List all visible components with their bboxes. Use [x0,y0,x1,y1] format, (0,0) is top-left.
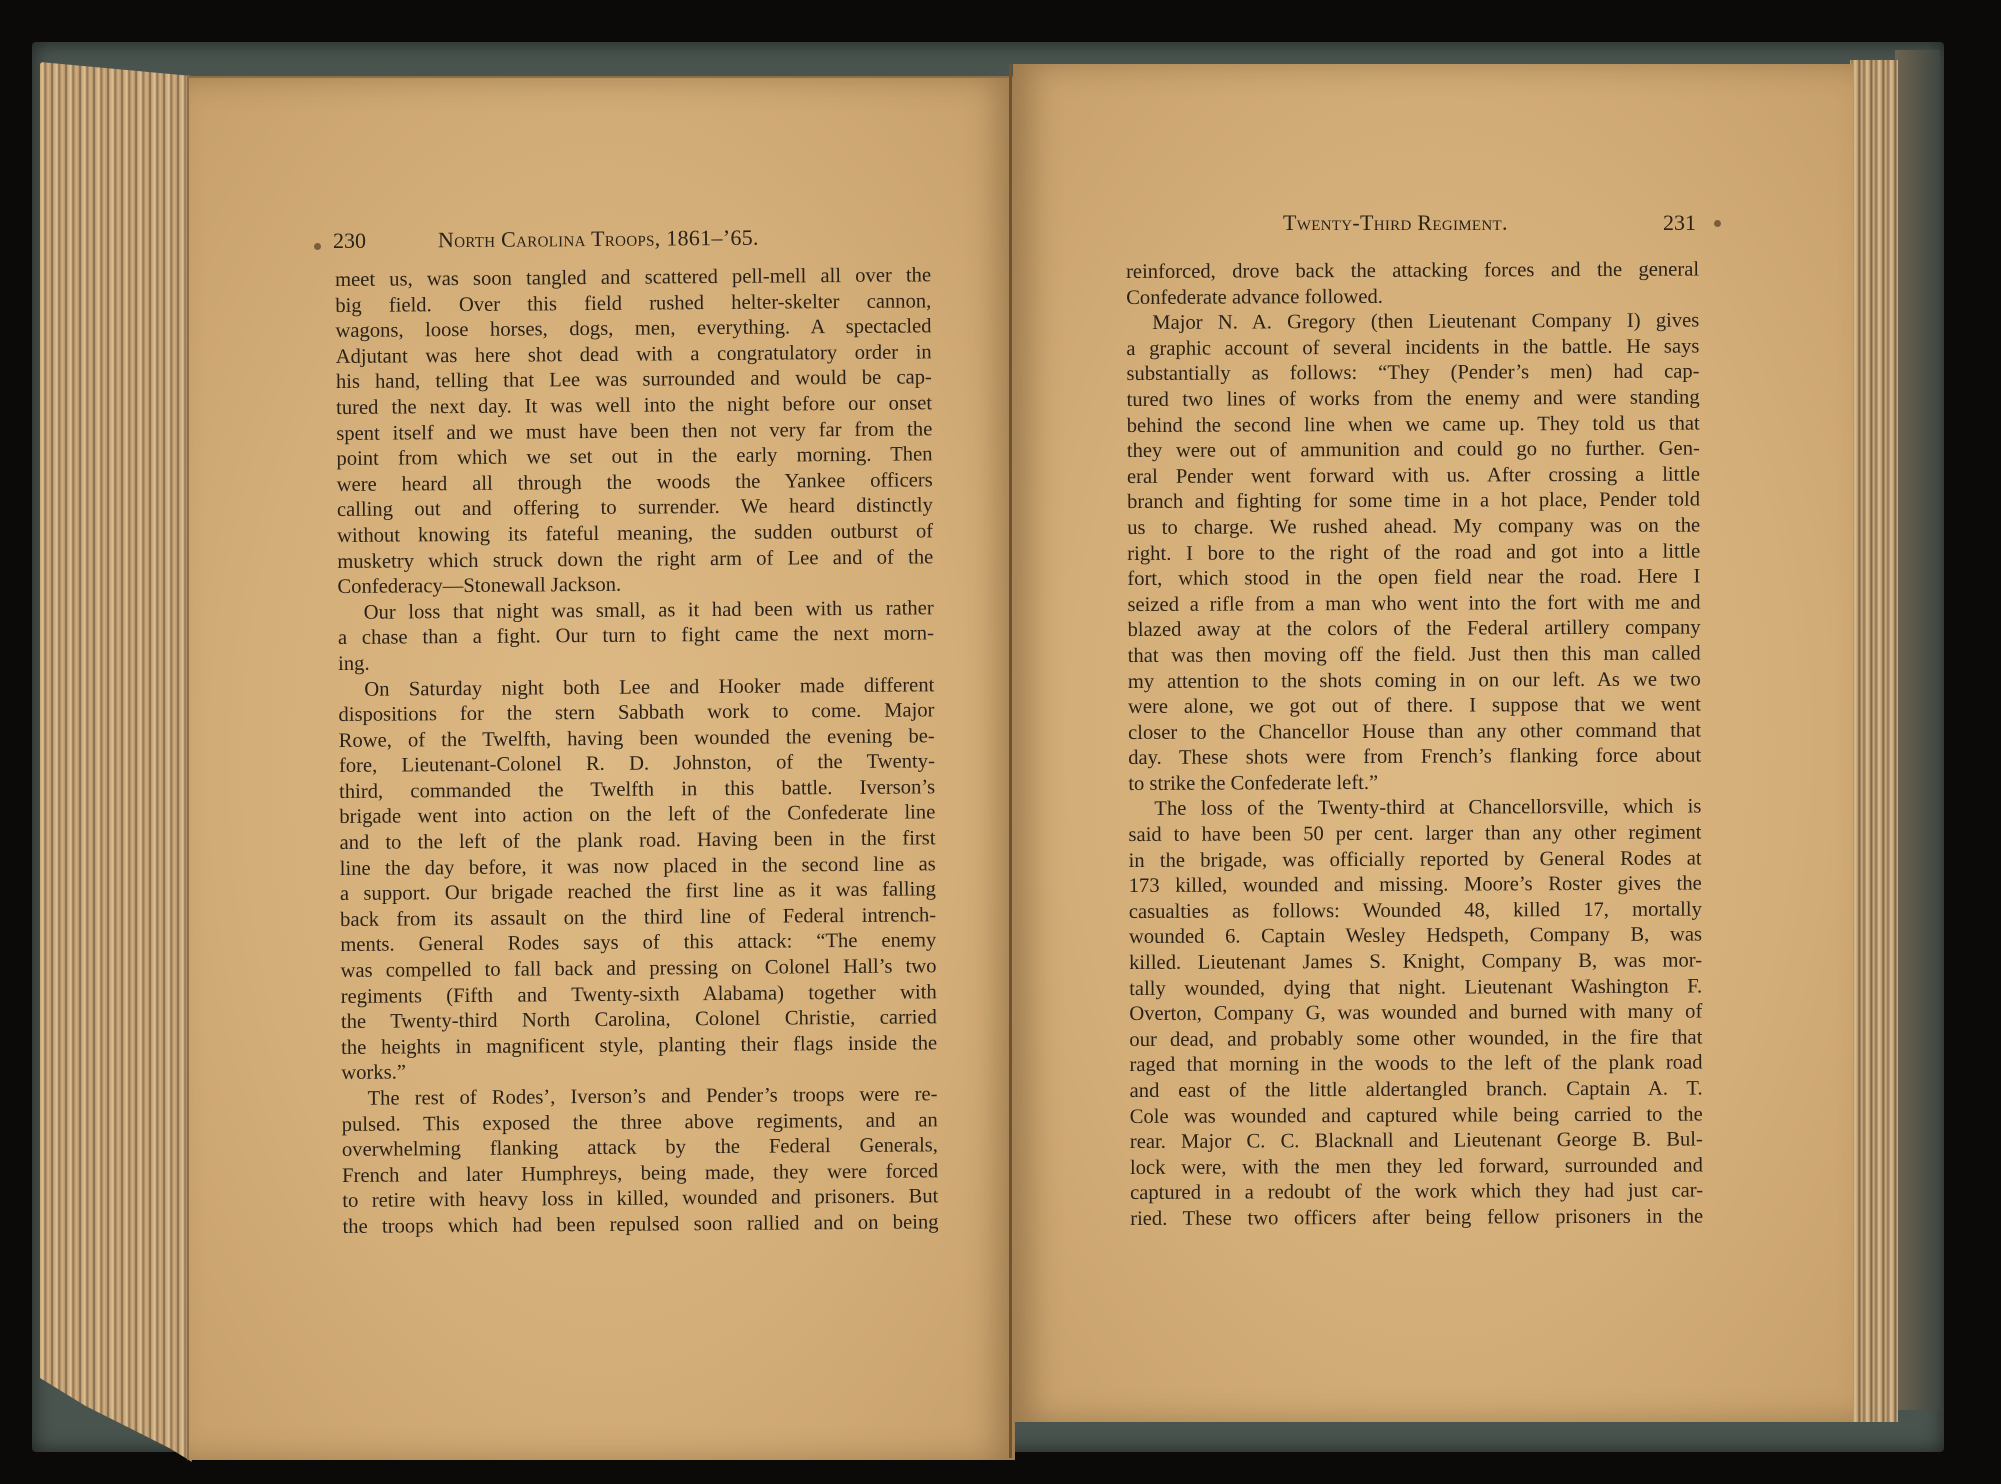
text-line: The loss of the Twenty-third at Chancell… [1128,795,1701,823]
text-line: blazed away at the colors of the Federal… [1128,616,1701,644]
right-page-body: reinforced, drove back the attacking for… [1126,257,1703,1232]
text-line: they were out of ammunition and could go… [1127,437,1700,465]
text-line: and east of the little aldertangled bran… [1130,1076,1703,1104]
text-line: lock were, with the men they led forward… [1130,1153,1703,1181]
text-line: in the brigade, was officially reported … [1129,846,1702,874]
text-line: tally wounded, dying that night. Lieuten… [1129,974,1702,1002]
text-line: seized a rifle from a man who went into … [1127,590,1700,618]
text-line: reinforced, drove back the attacking for… [1126,257,1699,285]
page-edges-right [1850,60,1898,1422]
text-line: the troops which had been repulsed soon … [342,1210,938,1240]
right-running-head: Twenty-Third Regiment. [1283,210,1508,236]
text-line: eral Pender went forward with us. After … [1127,462,1700,490]
text-line: rear. Major C. C. Blacknall and Lieutena… [1130,1128,1703,1156]
text-line: wounded 6. Captain Wesley Hedspeth, Comp… [1129,923,1702,951]
text-line: a chase than a fight. Our turn to fight … [338,622,934,652]
text-line: branch and fighting for some time in a h… [1127,488,1700,516]
text-line: right. I bore to the right of the road a… [1127,539,1700,567]
left-page-number: 230 [333,228,366,254]
left-page-body: meet us, was soon tangled and scattered … [335,263,939,1240]
text-line: a graphic account of several incidents i… [1126,334,1699,362]
text-line: tured two lines of works from the enemy … [1127,385,1700,413]
text-line: captured in a redoubt of the work which … [1130,1179,1703,1207]
text-line: casualties as follows: Wounded 48, kille… [1129,897,1702,925]
text-line: musketry which struck down the right arm… [337,545,933,575]
text-line: Overton, Company G, was wounded and burn… [1129,1000,1702,1028]
text-line: behind the second line when we came up. … [1127,411,1700,439]
text-line: closer to the Chancellor House than any … [1128,718,1701,746]
text-line: ried. These two officers after being fel… [1130,1204,1703,1232]
page-edges-left [40,62,192,1462]
text-line: to strike the Confederate left.” [1128,769,1701,797]
book-gutter [1009,64,1012,1458]
text-line: Confederate advance followed. [1126,283,1699,311]
text-line: Cole was wounded and captured while bein… [1130,1102,1703,1130]
text-line: were alone, we got out of there. I suppo… [1128,693,1701,721]
margin-dot-left [314,243,321,250]
text-line: us to charge. We rushed ahead. My compan… [1127,513,1700,541]
text-line: that was then moving off the field. Just… [1128,641,1701,669]
text-line: day. These shots were from French’s flan… [1128,744,1701,772]
text-line: our dead, and probably some other wounde… [1129,1025,1702,1053]
text-line: fort, which stood in the open field near… [1127,565,1700,593]
book-cover-right [1895,50,1940,1410]
text-line: killed. Lieutenant James S. Knight, Comp… [1129,949,1702,977]
text-line: Major N. A. Gregory (then Lieutenant Com… [1126,309,1699,337]
margin-dot-right [1714,220,1721,227]
text-line: 173 killed, wounded and missing. Moore’s… [1129,872,1702,900]
text-line: raged that morning in the woods to the l… [1129,1051,1702,1079]
text-line: the heights in magnificent style, planti… [341,1031,937,1061]
text-line: substantially as follows: “They (Pender’… [1126,360,1699,388]
text-line: said to have been 50 per cent. larger th… [1128,821,1701,849]
right-page-number: 231 [1663,210,1696,236]
left-running-head: North Carolina Troops, 1861–’65. [438,225,759,254]
text-line: without knowing its fateful meaning, the… [337,519,933,549]
text-line: my attention to the shots coming in on o… [1128,667,1701,695]
